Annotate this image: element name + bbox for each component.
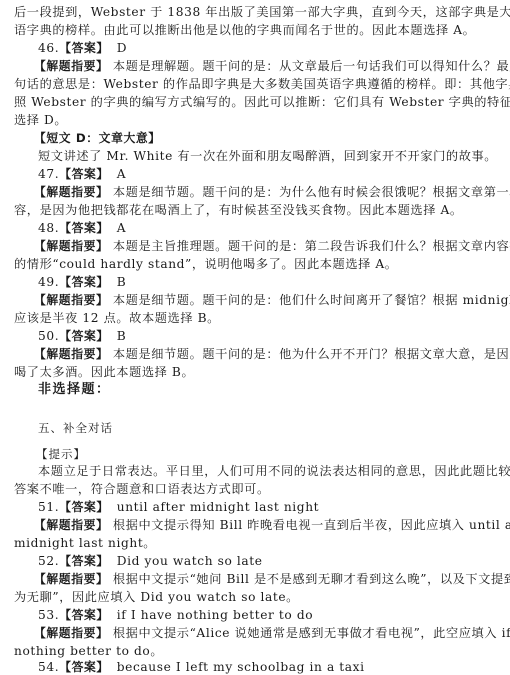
text-line: 容，是因为他把钱都花在喝酒上了，有时候甚至没钱买食物。因此本题选择 A。 [14, 202, 463, 218]
text-line: 的情形“could hardly stand”，说明他喝多了。因此本题选择 A。 [14, 256, 398, 272]
answer-47: 47.【答案】A [38, 166, 126, 182]
text-line: 应该是半夜 12 点。故本题选择 B。 [14, 310, 220, 326]
hint-text: 本题立足于日常表达。平日里，人们可用不同的说法表达相同的意思，因此此题比较灵活， [38, 463, 510, 479]
text-line: 答案不唯一，符合题意和口语表达方式即可。 [14, 481, 270, 497]
text-line: midnight last night。 [14, 535, 156, 551]
analysis-53: 【解题指要】 根据中文提示“Alice 说她通常是感到无事做才看电视”，此空应填… [34, 625, 510, 641]
text-line: 语字典的榜样。由此可以推断出他是以他的字典而闻名于世的。因此本题选择 A。 [14, 22, 475, 38]
text-line: 喝了太多酒。因此本题选择 B。 [14, 364, 194, 380]
answer-53: 53.【答案】if I have nothing better to do [38, 607, 313, 623]
answer-49: 49.【答案】B [38, 274, 126, 290]
analysis-46: 【解题指要】 本题是理解题。题干问的是：从文章最后一句话我们可以得知什么？最后一 [34, 58, 510, 74]
passage-d-heading: 【短文 D：文章大意】 [34, 130, 161, 146]
section-title: 非选择题： [38, 382, 111, 398]
passage-d-summary: 短文讲述了 Mr. White 有一次在外面和朋友喝醉酒，回到家开不开家门的故事… [38, 148, 497, 164]
analysis-50: 【解题指要】 本题是细节题。题干问的是：他为什么开不开门？根据文章大意，是因为他 [34, 346, 510, 362]
analysis-47: 【解题指要】 本题是细节题。题干问的是：为什么他有时候会很饿呢？根据文章第一段内 [34, 184, 510, 200]
part-heading: 五、补全对话 [38, 420, 113, 436]
text-line: 选择 D。 [14, 112, 67, 128]
analysis-52: 【解题指要】 根据中文提示“她问 Bill 是不是感到无聊才看到这么晚”，以及下… [34, 571, 510, 587]
analysis-48: 【解题指要】 本题是主旨推理题。题干问的是：第二段告诉我们什么？根据文章内容描述 [34, 238, 510, 254]
text-line: 为无聊”，因此应填入 Did you watch so late。 [14, 589, 299, 605]
answer-52: 52.【答案】Did you watch so late [38, 553, 263, 569]
analysis-51: 【解题指要】 根据中文提示得知 Bill 昨晚看电视一直到后半夜，因此应填入 u… [34, 517, 510, 533]
answer-48: 48.【答案】A [38, 220, 126, 236]
hint-label: 【提示】 [36, 446, 86, 462]
text-line: nothing better to do。 [14, 643, 163, 659]
analysis-49: 【解题指要】 本题是细节题。题干问的是：他们什么时间离开了餐馆？根据 midni… [34, 292, 510, 308]
text-line: 句话的意思是：Webster 的作品即字典是大多数美国英语字典遵循的榜样。即：其… [14, 76, 510, 92]
answer-54: 54.【答案】because I left my schoolbag in a … [38, 659, 365, 675]
answer-50: 50.【答案】B [38, 328, 126, 344]
text-line: 后一段提到，Webster 于 1838 年出版了美国第一部大字典，直到今天，这… [14, 4, 510, 20]
answer-51: 51.【答案】until after midnight last night [38, 499, 319, 515]
answer-46: 46.【答案】D [38, 40, 127, 56]
text-line: 照 Webster 的字典的编写方式编写的。因此可以推断：它们具有 Webste… [14, 94, 510, 110]
